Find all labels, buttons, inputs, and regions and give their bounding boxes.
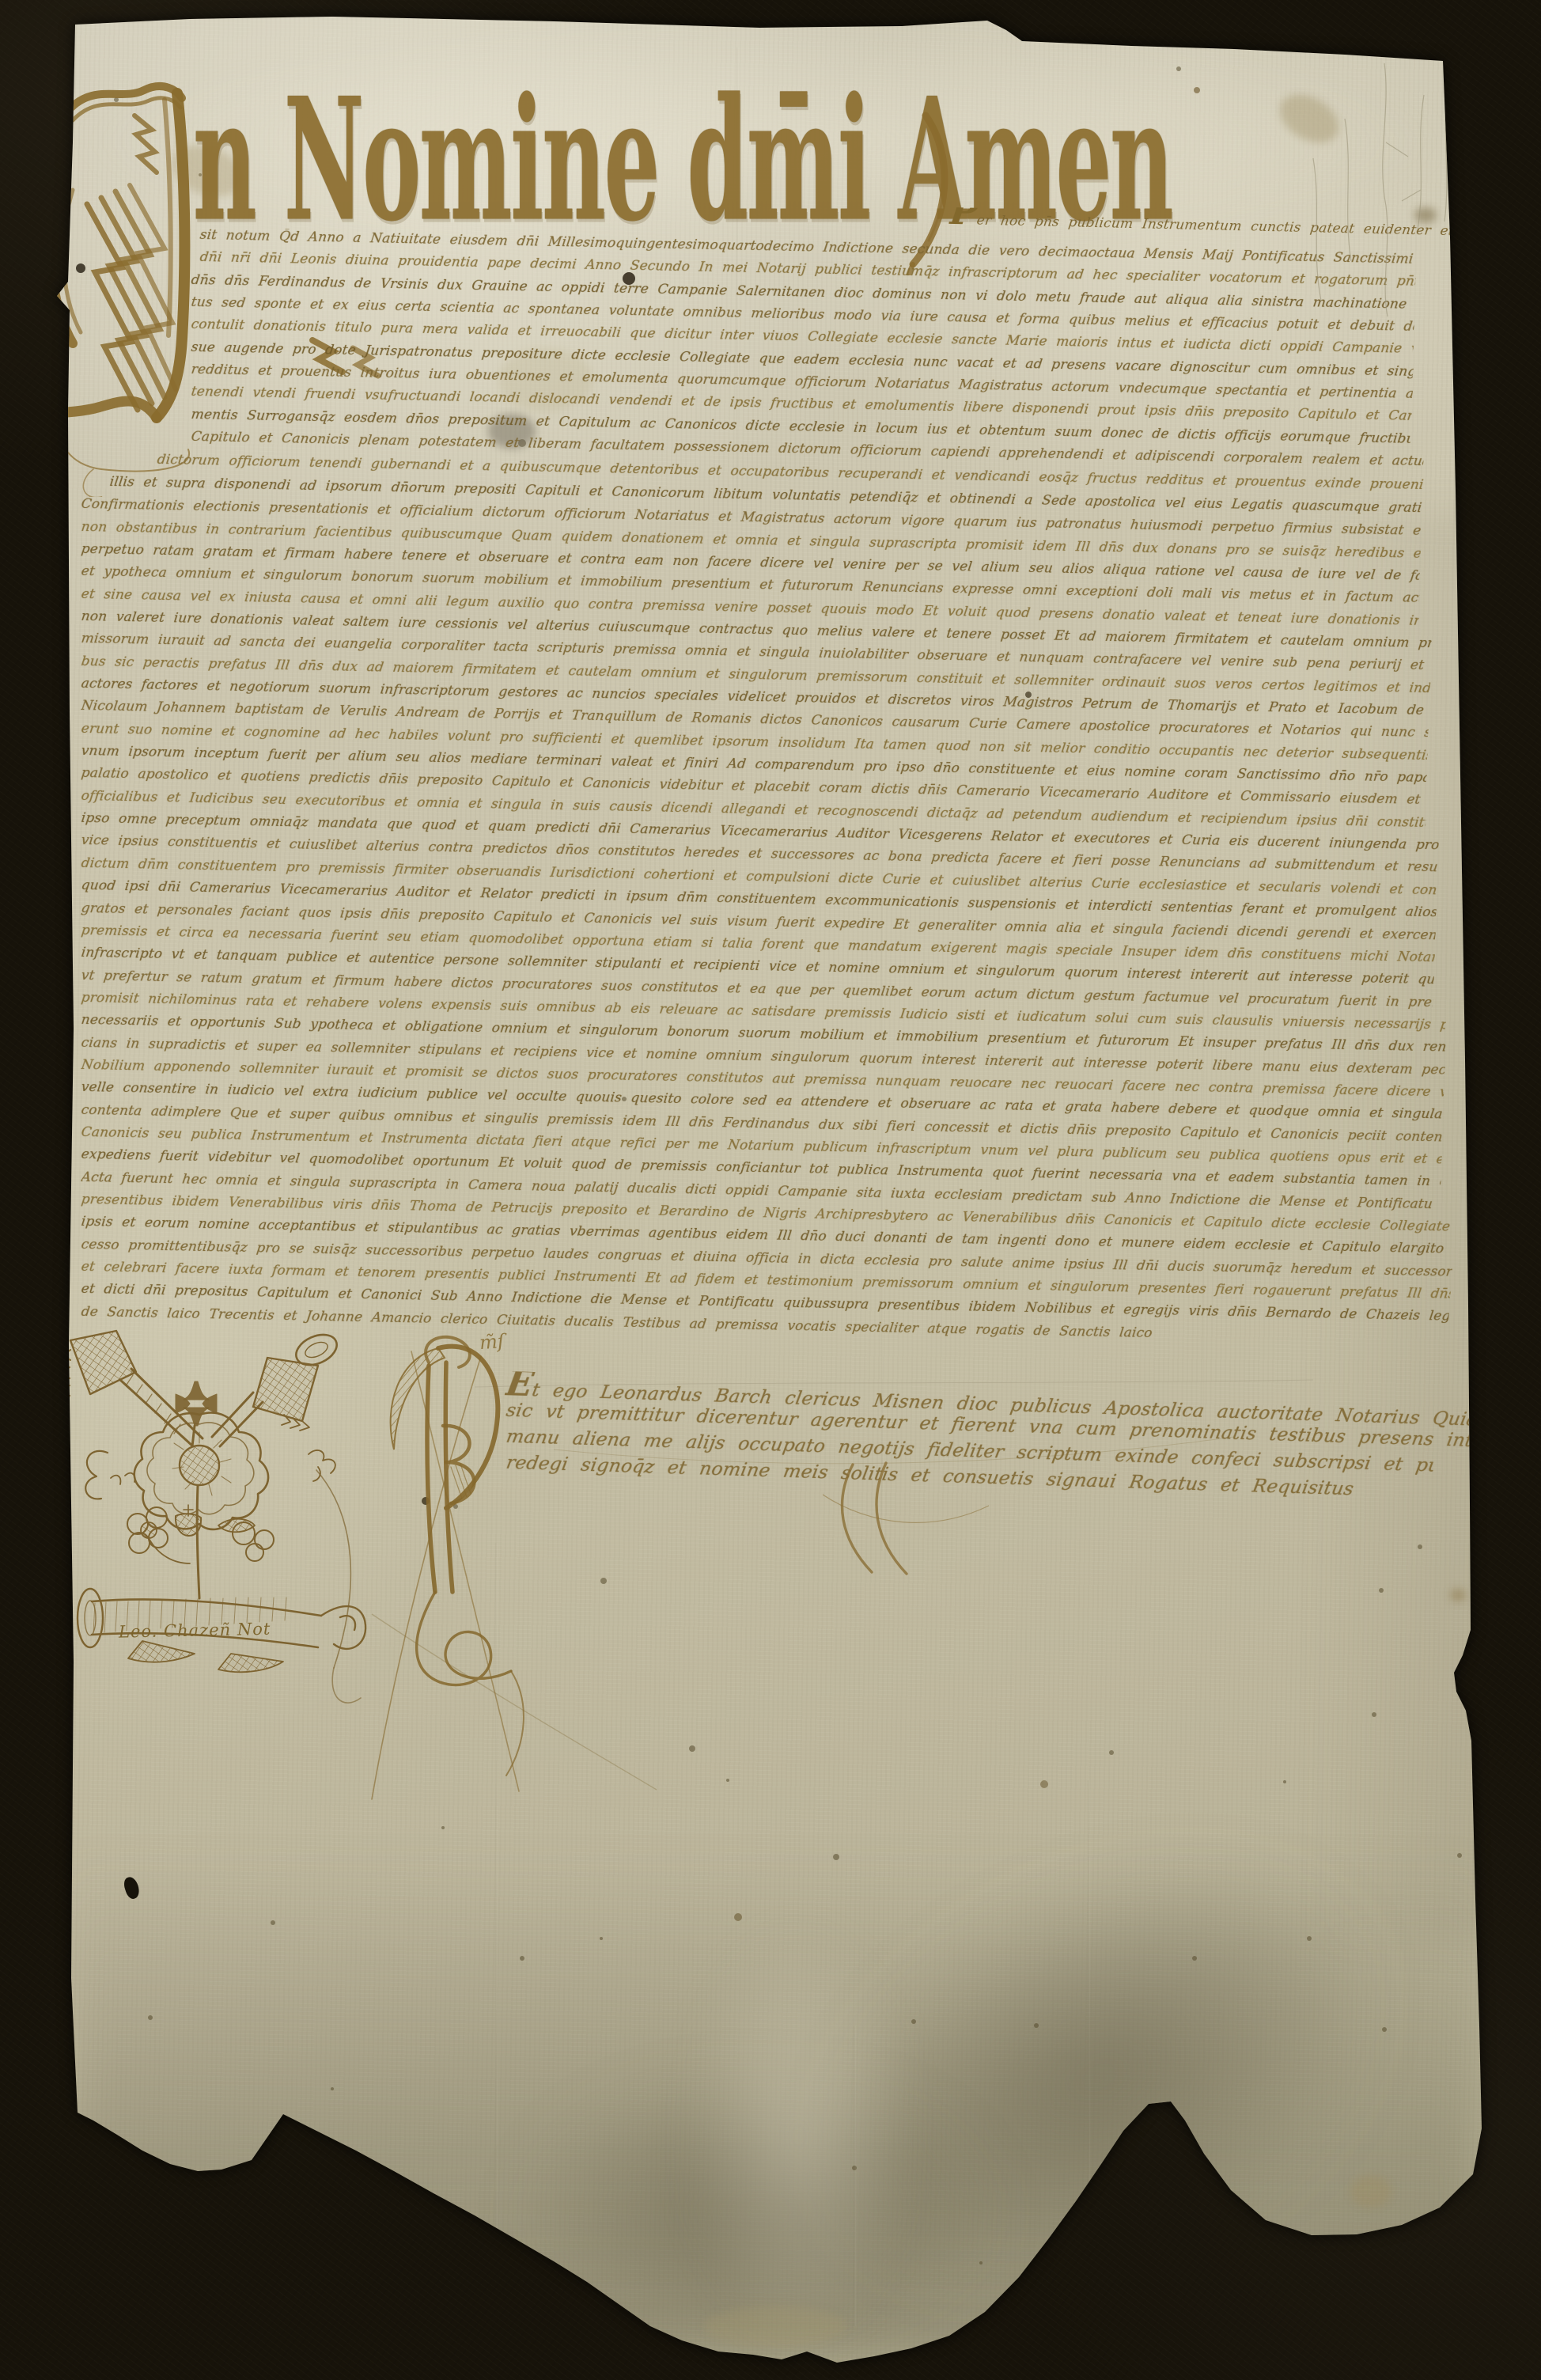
craquelure-cracks (1187, 47, 1519, 332)
photographed-parchment-charter: n Nomine dm̄i Amen Per hoc pn̄s publicum… (0, 0, 1541, 2380)
parchment-sheet: n Nomine dm̄i Amen Per hoc pn̄s publicum… (0, 0, 1541, 2380)
flourish-hairlines (0, 0, 1541, 2380)
ink-speck (195, 2205, 200, 2210)
double-s-flourish-icon (823, 1460, 989, 1578)
notarial-signum-crossed-keys-icon (55, 1326, 396, 1769)
parchment-surface: n Nomine dm̄i Amen Per hoc pn̄s publicum… (0, 0, 1541, 2380)
